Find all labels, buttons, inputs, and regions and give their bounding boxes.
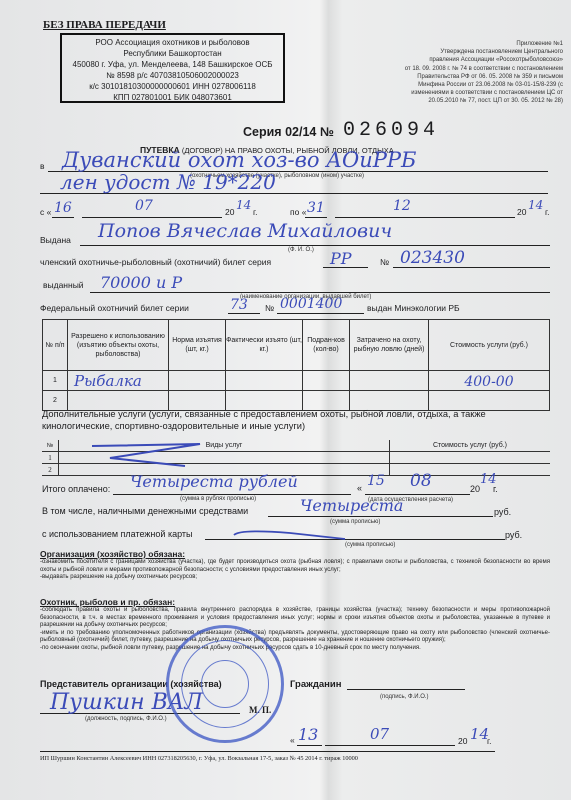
cell-days-spent[interactable]	[350, 371, 429, 391]
series-number: 026094	[343, 119, 439, 142]
cash-amount-words[interactable]: Четыреста	[300, 496, 403, 515]
federal-number-label: №	[265, 303, 274, 313]
org-obligations-heading: Организация (хозяйство) обязана:	[40, 549, 185, 559]
period-to-year[interactable]: 14	[528, 198, 543, 212]
appendix-line: от 18. 09. 2008 г. № 74 в соответствии с…	[283, 65, 563, 73]
period-to-month[interactable]: 12	[393, 198, 411, 214]
federal-series[interactable]: 73	[230, 297, 248, 313]
hunter-obligations-text: -соблюдать правила охоты и рыболовства, …	[40, 607, 550, 653]
org-line: Республики Башкортостан	[62, 48, 283, 59]
appendix-line: правления Ассоциации «Росохотрыболовсоюз…	[283, 56, 563, 64]
sign-month-line	[325, 745, 455, 746]
citizen-caption: (подпись, Ф.И.О.)	[380, 694, 429, 700]
cash-label: В том числе, наличными денежными средств…	[42, 506, 248, 516]
holder-name-caption: (Ф. И. О.)	[288, 247, 314, 253]
hunting-voucher-document: БЕЗ ПРАВА ПЕРЕДАЧИ РОО Ассоциация охотни…	[0, 0, 571, 800]
issued-name-line	[80, 245, 550, 246]
total-paid-words[interactable]: Четыреста рублей	[130, 472, 298, 491]
period-to-day[interactable]: 31	[307, 200, 325, 216]
to-month-line	[335, 217, 515, 218]
to-day-line	[305, 217, 327, 218]
organization-details-box: РОО Ассоциация охотников и рыболовов Рес…	[60, 33, 285, 103]
to-year-prefix: 20	[517, 207, 526, 217]
cell-service-cost[interactable]	[390, 452, 551, 464]
cell-wounded[interactable]	[303, 371, 350, 391]
card-label: с использованием платежной карты	[42, 529, 192, 539]
cash-caption: (сумма прописью)	[330, 519, 380, 525]
rep-caption: (должность, подпись, Ф.И.О.)	[85, 716, 167, 722]
org-line: КПП 027801001 БИК 048073601	[62, 92, 283, 103]
cell-permitted-object[interactable]: Рыбалка	[68, 371, 169, 391]
member-number-label: №	[380, 257, 389, 267]
appendix-line: изменениями в соответствии с постановлен…	[283, 89, 563, 97]
col-wounded: Подран-ков (кол-во)	[303, 320, 350, 371]
col-days-spent: Затрачено на охоту, рыбную ловлю (дней)	[350, 320, 429, 371]
federal-number-line	[277, 313, 364, 314]
period-from-year[interactable]: 14	[236, 198, 251, 212]
cell-quota[interactable]	[169, 371, 226, 391]
issued-by-line	[90, 292, 550, 293]
period-from-day[interactable]: 16	[54, 200, 72, 216]
series-label: Серия 02/14 №	[243, 125, 334, 139]
card-dash-mark	[230, 527, 350, 541]
place-value-2[interactable]: лен удост № 19*220	[60, 170, 276, 194]
permits-table-header: № п/п Разрешено к использованию (изъятию…	[43, 320, 550, 371]
cell-service-cost[interactable]: 400-00	[429, 371, 550, 391]
cash-currency: руб.	[494, 507, 511, 517]
payment-year-prefix: 20	[470, 484, 480, 494]
sign-year-suffix: г.	[487, 736, 491, 746]
federal-series-line	[228, 313, 260, 314]
issued-by-label: выданный	[43, 280, 84, 290]
sign-date-day[interactable]: 13	[298, 725, 318, 744]
col-actual-taken: Фактически изъято (шт, кг.)	[226, 320, 303, 371]
place-value-1[interactable]: Дуванский охот хоз-во АОиРРБ	[62, 148, 417, 172]
holder-name[interactable]: Попов Вячеслав Михайлович	[98, 220, 392, 242]
issued-by-value[interactable]: 70000 и Р	[100, 273, 182, 292]
member-card-label: членский охотничье-рыболовный (охотничий…	[40, 257, 271, 267]
payment-date-month[interactable]: 08	[410, 471, 432, 491]
table-row: 1 Рыбалка 400-00	[43, 371, 550, 391]
payment-date-open: «	[357, 483, 362, 493]
total-paid-label: Итого оплачено:	[42, 484, 110, 494]
appendix-line: Правительства РФ от 06. 05. 2008 № 359 и…	[283, 73, 563, 81]
col-service-cost: Стоимость услуг (руб.)	[390, 440, 551, 452]
from-day-line	[52, 217, 74, 218]
card-currency: руб.	[505, 530, 522, 540]
from-month-line	[82, 217, 222, 218]
cell-number: 1	[43, 371, 68, 391]
org-line: № 8598 р/с 40703810506002000023	[62, 70, 283, 81]
payment-year-suffix: г.	[493, 484, 498, 494]
sign-date-open: «	[290, 735, 295, 745]
appendix-line: Приложение №1	[283, 40, 563, 48]
organization-seal-stamp	[166, 625, 284, 743]
org-line: к/с 30101810300000000601 ИНН 0278006118	[62, 81, 283, 92]
sign-year-prefix: 20	[458, 736, 467, 746]
from-year-prefix: 20	[225, 207, 234, 217]
strike-through-mark	[90, 440, 210, 472]
printer-imprint: ИП Шуршин Константин Алексеевич ИНН 0273…	[40, 755, 358, 762]
footer-divider	[40, 751, 495, 752]
org-line: РОО Ассоциация охотников и рыболовов	[62, 37, 283, 48]
federal-number[interactable]: 0001400	[280, 296, 342, 312]
appendix-line: 20.05.2010 № 77, пост. ЦП от 30. 05. 201…	[283, 97, 563, 105]
hunter-obligations-heading: Охотник, рыболов и пр. обязан:	[40, 597, 175, 607]
total-words-caption: (сумма в рублях прописью)	[180, 496, 256, 502]
permits-table: № п/п Разрешено к использованию (изъятию…	[42, 319, 550, 411]
cell-number: 2	[42, 464, 59, 476]
place-prefix: в	[40, 161, 45, 171]
no-transfer-heading: БЕЗ ПРАВА ПЕРЕДАЧИ	[43, 19, 166, 31]
cell-actual-taken[interactable]	[226, 371, 303, 391]
cash-line	[268, 516, 493, 517]
card-caption: (сумма прописью)	[345, 542, 395, 548]
member-series[interactable]: РР	[330, 249, 352, 268]
issued-to-label: Выдана	[40, 235, 71, 245]
period-from-month[interactable]: 07	[135, 198, 153, 214]
total-words-line	[113, 494, 351, 495]
citizen-signature-line	[347, 689, 465, 690]
member-number[interactable]: 023430	[400, 248, 465, 268]
col-permitted-objects: Разрешено к использованию (изъятию объек…	[68, 320, 169, 371]
appendix-note: Приложение №1 Утверждена постановлением …	[283, 40, 563, 106]
appendix-line: Минфина России от 23.06.2008 № 03-01-15/…	[283, 81, 563, 89]
org-line: 450080 г. Уфа, ул. Менделеева, 148 Башки…	[62, 59, 283, 70]
appendix-line: Утверждена постановлением Центрального	[283, 48, 563, 56]
col-service-cost: Стоимость услуги (руб.)	[429, 320, 550, 371]
payment-date-line	[365, 494, 470, 495]
org-obligations-text: -ознакомить посетителя с границами хозяй…	[40, 559, 550, 582]
period-from-label: с «	[40, 207, 51, 217]
period-to-label: по «	[290, 207, 306, 217]
cell-number: 1	[42, 452, 59, 464]
from-year-suffix: г.	[253, 207, 257, 217]
col-number: №	[42, 440, 59, 452]
sign-date-month[interactable]: 07	[370, 725, 389, 743]
payment-date-day[interactable]: 15	[367, 473, 385, 489]
federal-issuer: выдан Минэкологии РБ	[367, 303, 460, 313]
col-number: № п/п	[43, 320, 68, 371]
citizen-label: Гражданин	[290, 679, 341, 690]
additional-services-heading: Дополнительные услуги (услуги, связанные…	[42, 408, 552, 432]
sign-day-line	[297, 745, 322, 746]
to-year-suffix: г.	[545, 207, 549, 217]
federal-card-label: Федеральный охотничий билет серии	[40, 303, 189, 313]
col-quota: Норма изъятия (шт, кг.)	[169, 320, 226, 371]
